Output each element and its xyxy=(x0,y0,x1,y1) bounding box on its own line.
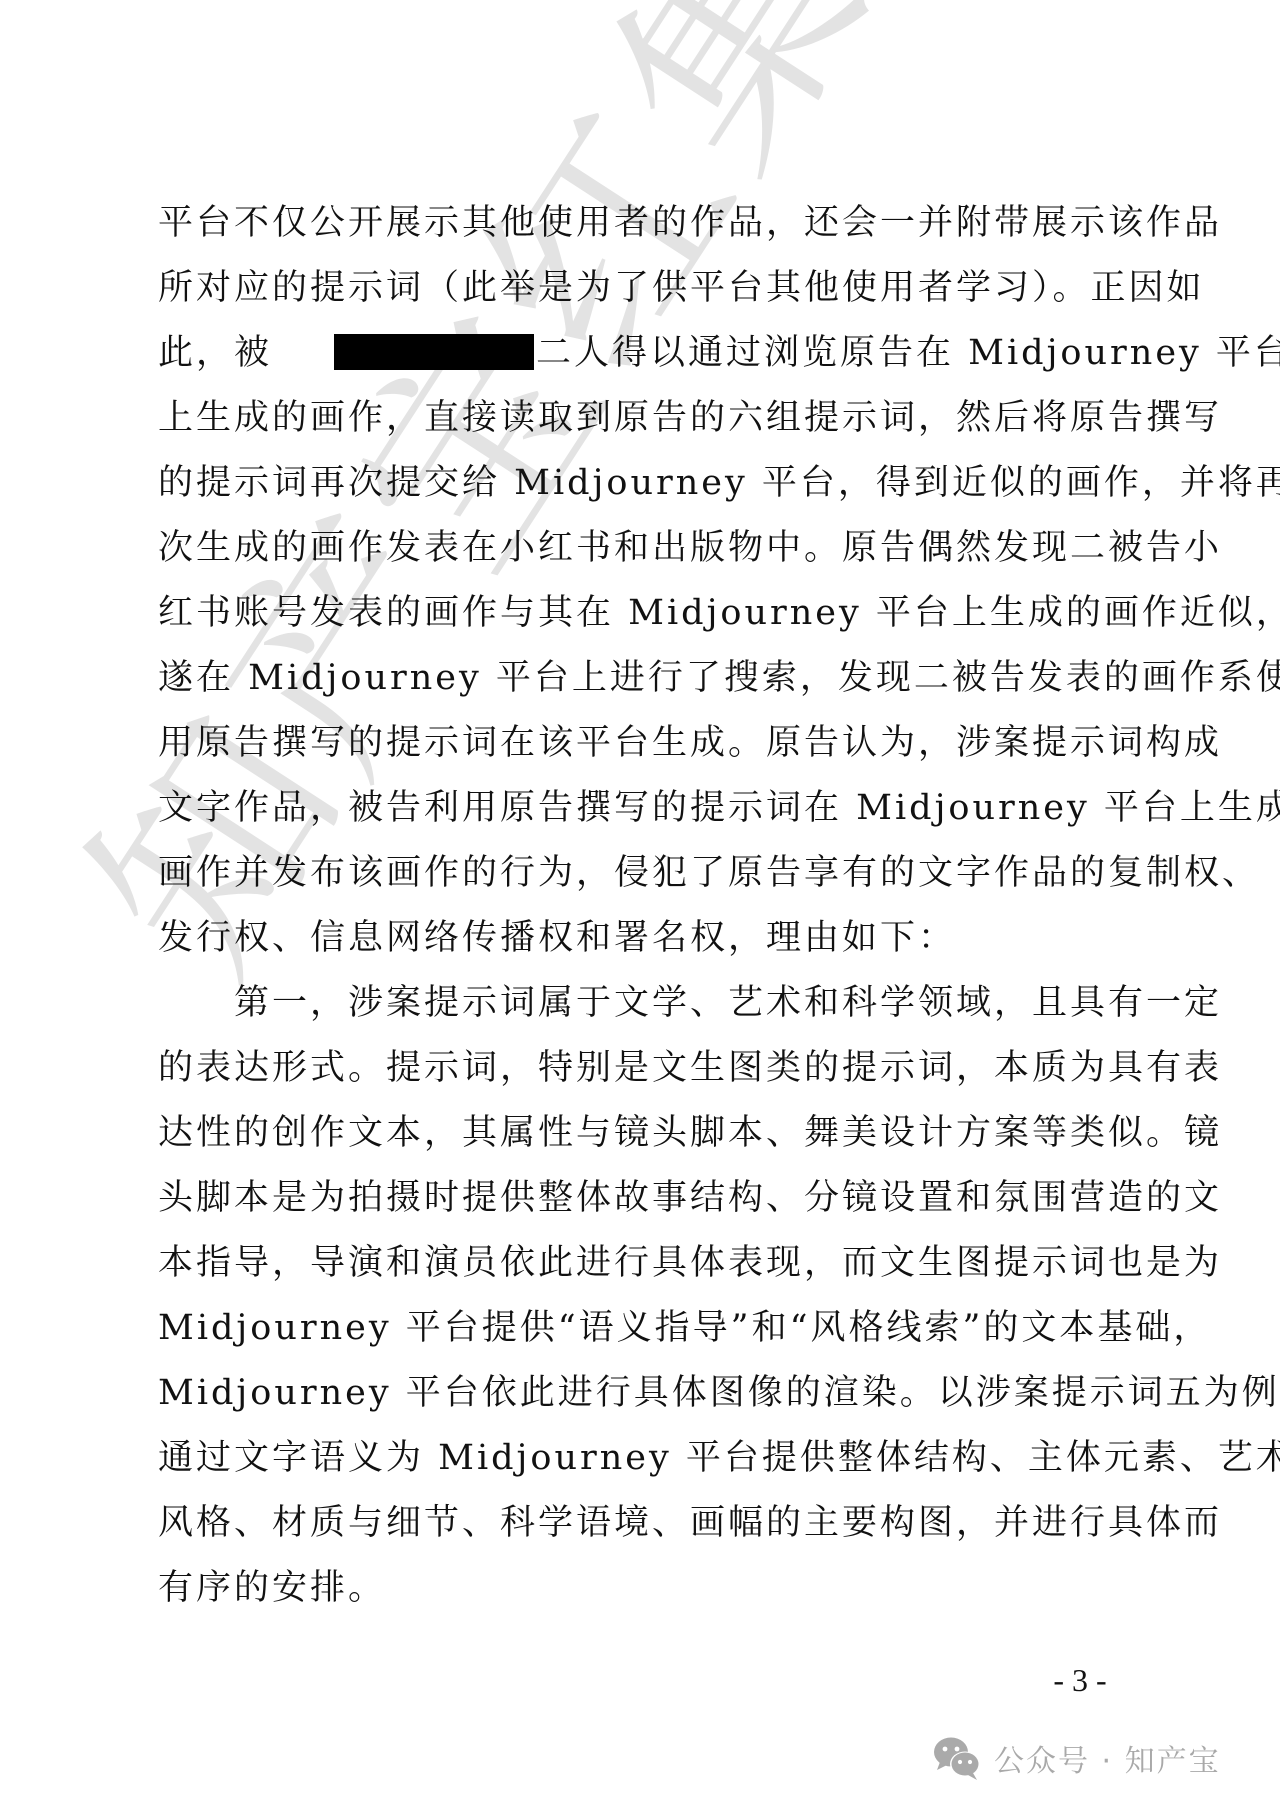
text-after-redaction: 二人得以通过浏览原告在 Midjourney 平台 xyxy=(536,333,1280,373)
wechat-account-badge: 公众号 · 知产宝 xyxy=(932,1733,1221,1783)
text-line: Midjourney 平台提供“语义指导”和“风格线索”的文本基础， xyxy=(158,1308,1124,1373)
text-line-paragraph-end: 有序的安排。 xyxy=(158,1568,1124,1633)
text-line: 所对应的提示词（此举是为了供平台其他使用者学习）。正因如 xyxy=(158,268,1124,333)
text-line: 本指导，导演和演员依此进行具体表现，而文生图提示词也是为 xyxy=(158,1243,1124,1308)
text-line: 文字作品，被告利用原告撰写的提示词在 Midjourney 平台上生成 xyxy=(158,788,1124,853)
document-body: 平台不仅公开展示其他使用者的作品，还会一并附带展示该作品 所对应的提示词（此举是… xyxy=(158,203,1124,1633)
page-number: - 3 - xyxy=(1030,1662,1130,1699)
text-line-paragraph-end: 发行权、信息网络传播权和署名权，理由如下： xyxy=(158,918,1124,983)
text-line: 红书账号发表的画作与其在 Midjourney 平台上生成的画作近似， xyxy=(158,593,1124,658)
redaction-box xyxy=(334,334,534,370)
text-before-redaction: 此，被 xyxy=(158,333,272,373)
text-line: 上生成的画作，直接读取到原告的六组提示词，然后将原告撰写 xyxy=(158,398,1124,463)
text-line: 平台不仅公开展示其他使用者的作品，还会一并附带展示该作品 xyxy=(158,203,1124,268)
text-line: 遂在 Midjourney 平台上进行了搜索，发现二被告发表的画作系使 xyxy=(158,658,1124,723)
wechat-account-label: 公众号 · 知产宝 xyxy=(994,1736,1221,1780)
text-line: 头脚本是为拍摄时提供整体故事结构、分镜设置和氛围营造的文 xyxy=(158,1178,1124,1243)
text-line-paragraph-start: 第一，涉案提示词属于文学、艺术和科学领域，且具有一定 xyxy=(158,983,1124,1048)
wechat-icon xyxy=(932,1735,982,1781)
text-line: 风格、材质与细节、科学语境、画幅的主要构图，并进行具体而 xyxy=(158,1503,1124,1568)
text-line-with-redaction: 此，被二人得以通过浏览原告在 Midjourney 平台 xyxy=(158,333,1124,398)
text-line: 用原告撰写的提示词在该平台生成。原告认为，涉案提示词构成 xyxy=(158,723,1124,788)
text-line: 的提示词再次提交给 Midjourney 平台，得到近似的画作，并将再 xyxy=(158,463,1124,528)
text-line: 的表达形式。提示词，特别是文生图类的提示词，本质为具有表 xyxy=(158,1048,1124,1113)
text-line: 次生成的画作发表在小红书和出版物中。原告偶然发现二被告小 xyxy=(158,528,1124,593)
text-line: Midjourney 平台依此进行具体图像的渲染。以涉案提示词五为例， xyxy=(158,1373,1124,1438)
document-page: 知产宝红集案例 平台不仅公开展示其他使用者的作品，还会一并附带展示该作品 所对应… xyxy=(0,0,1280,1810)
text-line: 画作并发布该画作的行为，侵犯了原告享有的文字作品的复制权、 xyxy=(158,853,1124,918)
text-line: 达性的创作文本，其属性与镜头脚本、舞美设计方案等类似。镜 xyxy=(158,1113,1124,1178)
text-line: 通过文字语义为 Midjourney 平台提供整体结构、主体元素、艺术 xyxy=(158,1438,1124,1503)
